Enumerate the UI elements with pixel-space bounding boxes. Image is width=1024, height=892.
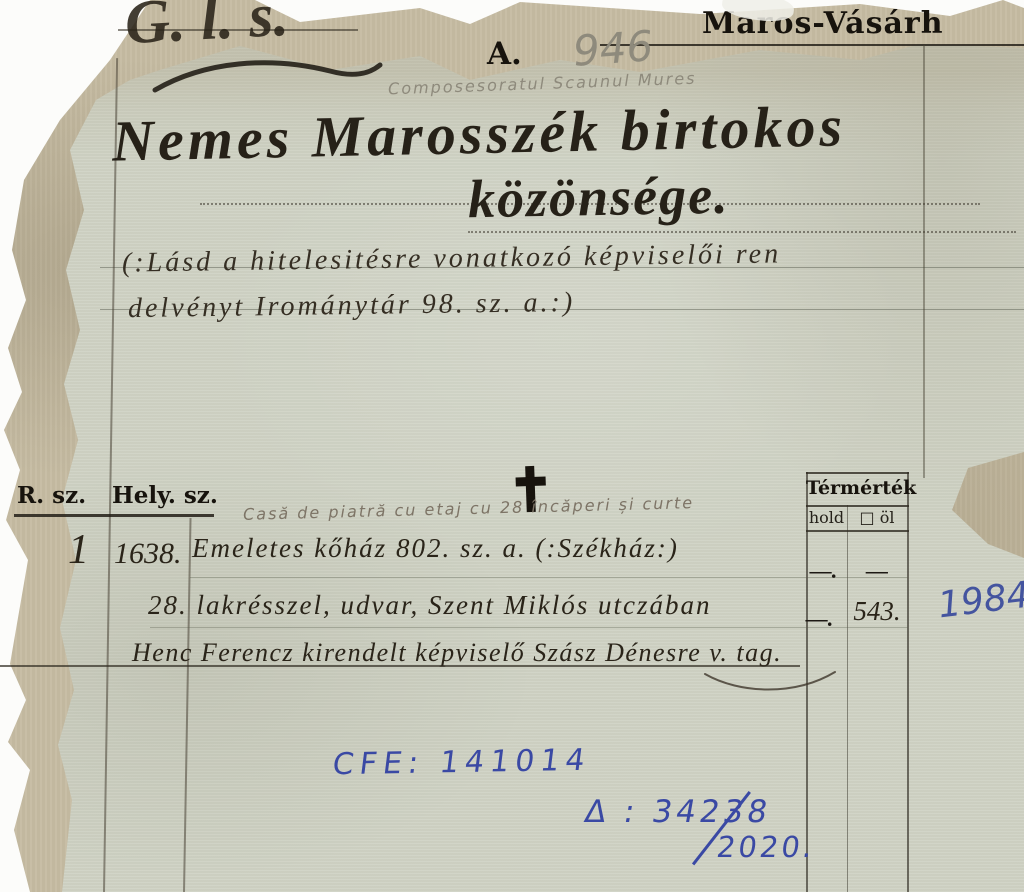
document-scan: { "doc": { "scribble": "G. l. s.", "stam…: [0, 0, 1024, 892]
header-underline: [14, 514, 214, 517]
column-header-hely-sz: Hely. sz.: [112, 482, 218, 509]
termertek-box-top: [806, 472, 909, 474]
row1-rule: [190, 577, 908, 578]
square-ol-subheader: □ öl: [847, 508, 907, 527]
cfe-registry-number: CFE: 141014: [331, 743, 593, 782]
title-line2: közönsége.: [467, 164, 730, 231]
row1-description: Emeletes kőház 802. sz. a. (:Székház:): [192, 533, 679, 564]
row2-ol-value: 543.: [847, 596, 907, 627]
row3-underline: [0, 665, 800, 667]
hold-subheader: hold: [806, 508, 847, 527]
dotted-underline-title2: [468, 231, 1016, 233]
row2-rule: [150, 627, 908, 628]
column-header-r-sz: R. sz.: [17, 482, 86, 509]
row3-representative-note: Henc Ferencz kirendelt képviselő Szász D…: [132, 638, 782, 668]
series-letter: A.: [487, 36, 522, 72]
corner-ink-scribble: G. l. s.: [123, 0, 290, 59]
note-line2: delvényt Irománytár 98. sz. a.:): [128, 287, 576, 325]
delta-file-number: Δ : 34238 2020.: [585, 786, 885, 876]
termertek-header: Térmérték: [806, 477, 907, 499]
termertek-box-low: [806, 530, 909, 532]
right-border-line: [923, 45, 925, 478]
delta-numerator: Δ : 34238: [582, 794, 774, 830]
row1-hold-value: —.: [800, 558, 847, 584]
row2-description: 28. lakrésszel, udvar, Szent Miklós utcz…: [148, 590, 711, 621]
termertek-box-right: [907, 472, 909, 892]
row2-hold-value: —.: [796, 606, 843, 632]
termertek-box-mid: [806, 505, 909, 507]
pencil-folio-number: 946: [571, 21, 654, 75]
signature-flourish-swash: [700, 668, 840, 700]
row1-parcel-number: 1638.: [114, 537, 182, 571]
row1-serial: 1: [68, 526, 89, 574]
delta-denominator: 2020.: [715, 830, 818, 864]
row1-ol-value: —: [847, 558, 907, 584]
rule-under-stamp: [600, 44, 1024, 46]
title-flourish-swash: [150, 53, 385, 98]
